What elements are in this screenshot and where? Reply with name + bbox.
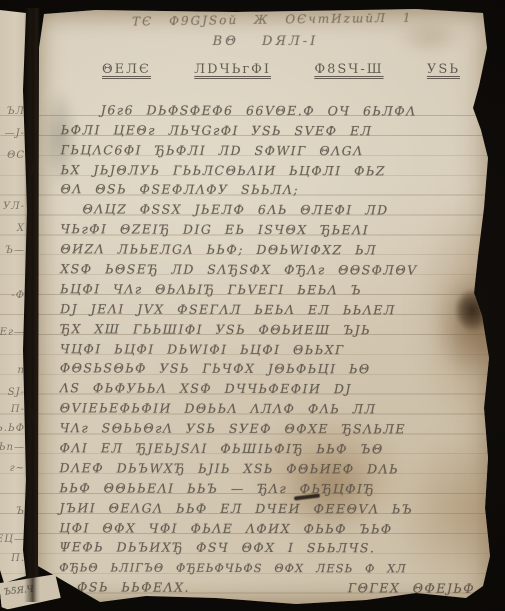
facing-page-text-fragment: —Ј- xyxy=(5,128,25,139)
facing-page-text-fragment: г~ xyxy=(10,463,25,474)
facing-page-text-fragment: Ъп— xyxy=(0,442,25,453)
page-edge-shading xyxy=(36,8,495,607)
facing-page-text-fragment: П. xyxy=(11,553,25,564)
facing-page-text-fragment: Ег— xyxy=(0,327,25,338)
page-gutter xyxy=(24,8,40,602)
notebook-page: TЄ Ф9GЈЅой Ж ОЄчтИzшйЛ 1 ВΘ DЯЛ-I ΘЕЛЄ Л… xyxy=(36,8,495,607)
facing-page-text-fragment: П- xyxy=(11,404,25,415)
facing-page-text-fragment: УЛ- xyxy=(3,201,25,212)
facing-page-text-fragment: -Ф xyxy=(11,290,25,301)
photo-backdrop: ЪЛ —Ј- ΘС УЛ- Х Ъ— -Ф Ег— п ЅЈ- П- Ъ.ЬФ … xyxy=(0,0,505,611)
facing-page-text-fragment: ЕЦ— xyxy=(0,534,25,545)
facing-page-text-fragment: ЪЛ xyxy=(7,106,25,117)
facing-page-text-fragment: ЅЈ- xyxy=(8,387,25,398)
facing-page-text-fragment: Ъ— xyxy=(5,245,25,256)
facing-page-text-fragment: ΘС xyxy=(7,150,25,161)
facing-page-text-fragment: Ъ.ЬФ xyxy=(0,423,25,434)
